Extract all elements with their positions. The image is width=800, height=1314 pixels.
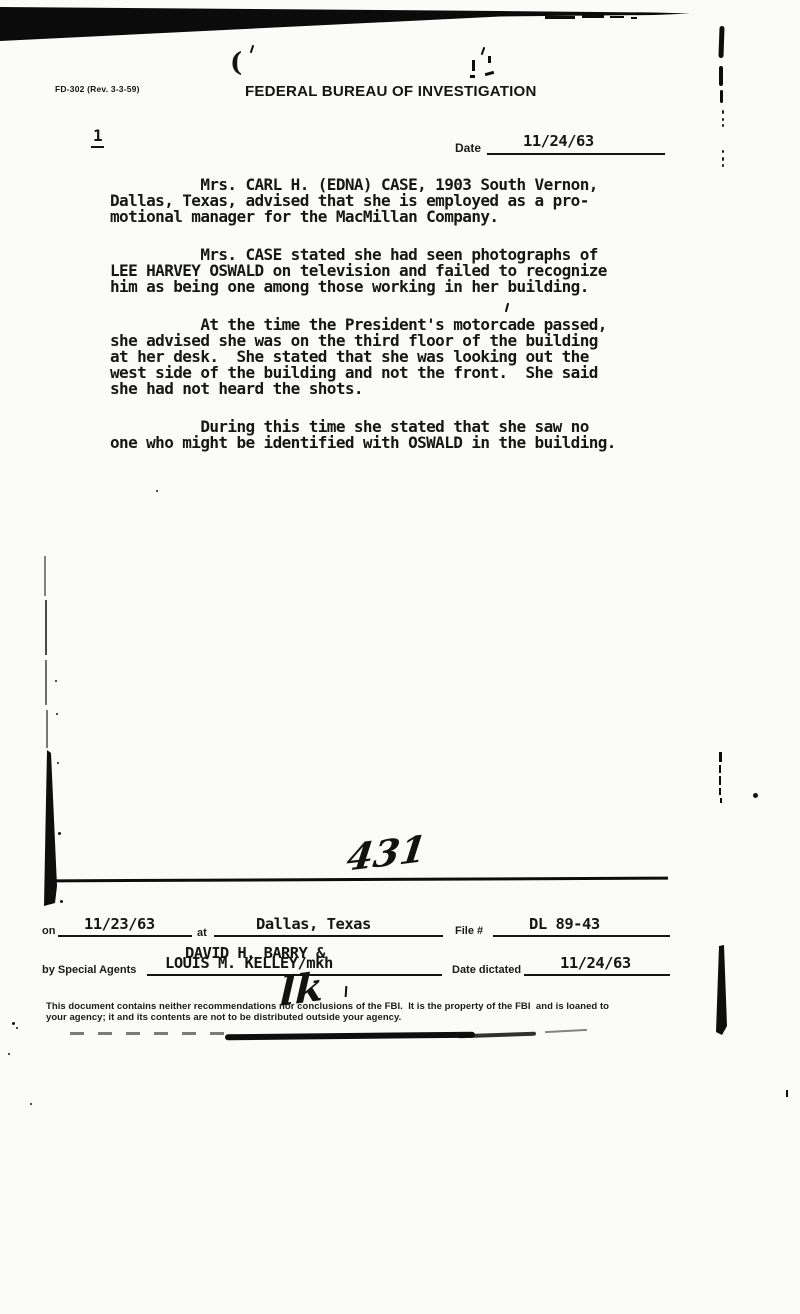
right-margin-speck [722,164,724,167]
handwritten-page-number: 431 [344,826,429,879]
by-special-agents-label: by Special Agents [42,964,136,976]
bottom-left-speck [30,1103,32,1105]
bottom-left-speck [8,1053,10,1055]
bottom-smear-main [225,1032,475,1041]
left-margin-speck [60,900,63,903]
bottom-left-speck [12,1022,15,1025]
stray-curve-mark [470,75,475,78]
stray-paren-mark: ( [230,48,242,78]
right-margin-speck [722,110,724,114]
horizontal-rule [55,877,668,883]
on-value: 11/23/63 [84,915,155,933]
right-margin-tick [719,66,723,86]
file-number-label: File # [455,925,483,937]
right-margin-dash [719,765,721,773]
left-margin-dash [45,660,47,705]
right-margin-tick [786,1090,788,1097]
bottom-smear-tail [545,1029,587,1033]
right-margin-dash [719,776,721,785]
right-margin-dash [719,752,722,762]
paragraph: During this time she stated that she saw… [110,419,658,451]
at-label: at [197,927,207,939]
left-margin-speck [58,832,61,835]
page-number: 1 [91,128,104,148]
stray-ink-dot [156,490,158,492]
date-label: Date [455,141,481,155]
on-fill-line: 11/23/63 [58,913,192,937]
stray-curve-mark [481,47,486,55]
disclaimer-text: This document contains neither recommend… [46,1001,609,1023]
top-dash-smudge [631,17,637,19]
right-margin-tick [720,90,723,103]
stray-curve-mark [472,60,475,71]
top-dash-smudge [610,16,624,18]
bottom-left-speck [16,1027,18,1029]
paragraph: At the time the President's motorcade pa… [110,317,658,397]
stray-tick-mark [345,986,348,997]
date-dictated-label: Date dictated [452,964,521,976]
stray-ink-dot [753,793,758,798]
paragraph: Mrs. CARL H. (EDNA) CASE, 1903 South Ver… [110,177,658,225]
right-margin-speck [722,150,724,153]
date-fill-line: 11/24/63 [487,128,665,155]
form-number-label: FD-302 (Rev. 3-3-59) [55,84,140,94]
scanned-fbi-fd302-page: { "document": { "form_label": "FD-302 (R… [0,0,800,1314]
left-margin-speck [57,762,59,764]
file-number-fill-line: DL 89-43 [493,913,670,937]
bottom-smear-trail [70,1032,225,1035]
at-fill-line: Dallas, Texas [214,913,443,937]
left-margin-speck [56,713,58,715]
at-value: Dallas, Texas [256,915,371,933]
stray-curve-mark [488,56,491,63]
right-margin-dash [720,798,722,803]
top-edge-smear [0,7,690,41]
top-dash-smudge [545,16,575,19]
right-margin-speck [722,157,724,161]
report-body: Mrs. CARL H. (EDNA) CASE, 1903 South Ver… [110,177,658,473]
left-margin-speck [55,680,57,682]
paragraph: Mrs. CASE stated she had seen photograph… [110,247,658,295]
right-margin-tick [718,26,724,58]
left-margin-dash [45,600,47,655]
stray-tick-mark [250,45,254,53]
right-margin-speck [722,118,724,121]
bureau-title: FEDERAL BUREAU OF INVESTIGATION [245,84,537,100]
on-label: on [42,925,55,937]
right-margin-dash [719,788,721,795]
date-dictated-fill-line: 11/24/63 [524,952,670,976]
left-margin-dash [44,556,46,596]
stray-curve-mark [485,71,494,76]
date-value: 11/24/63 [523,132,594,150]
left-margin-dash [46,710,48,748]
top-dash-smudge [582,15,604,18]
date-dictated-value: 11/24/63 [560,954,631,972]
right-edge-smear [716,945,727,1035]
file-number-value: DL 89-43 [529,915,600,933]
left-edge-smear [44,750,57,906]
right-margin-speck [722,124,724,127]
